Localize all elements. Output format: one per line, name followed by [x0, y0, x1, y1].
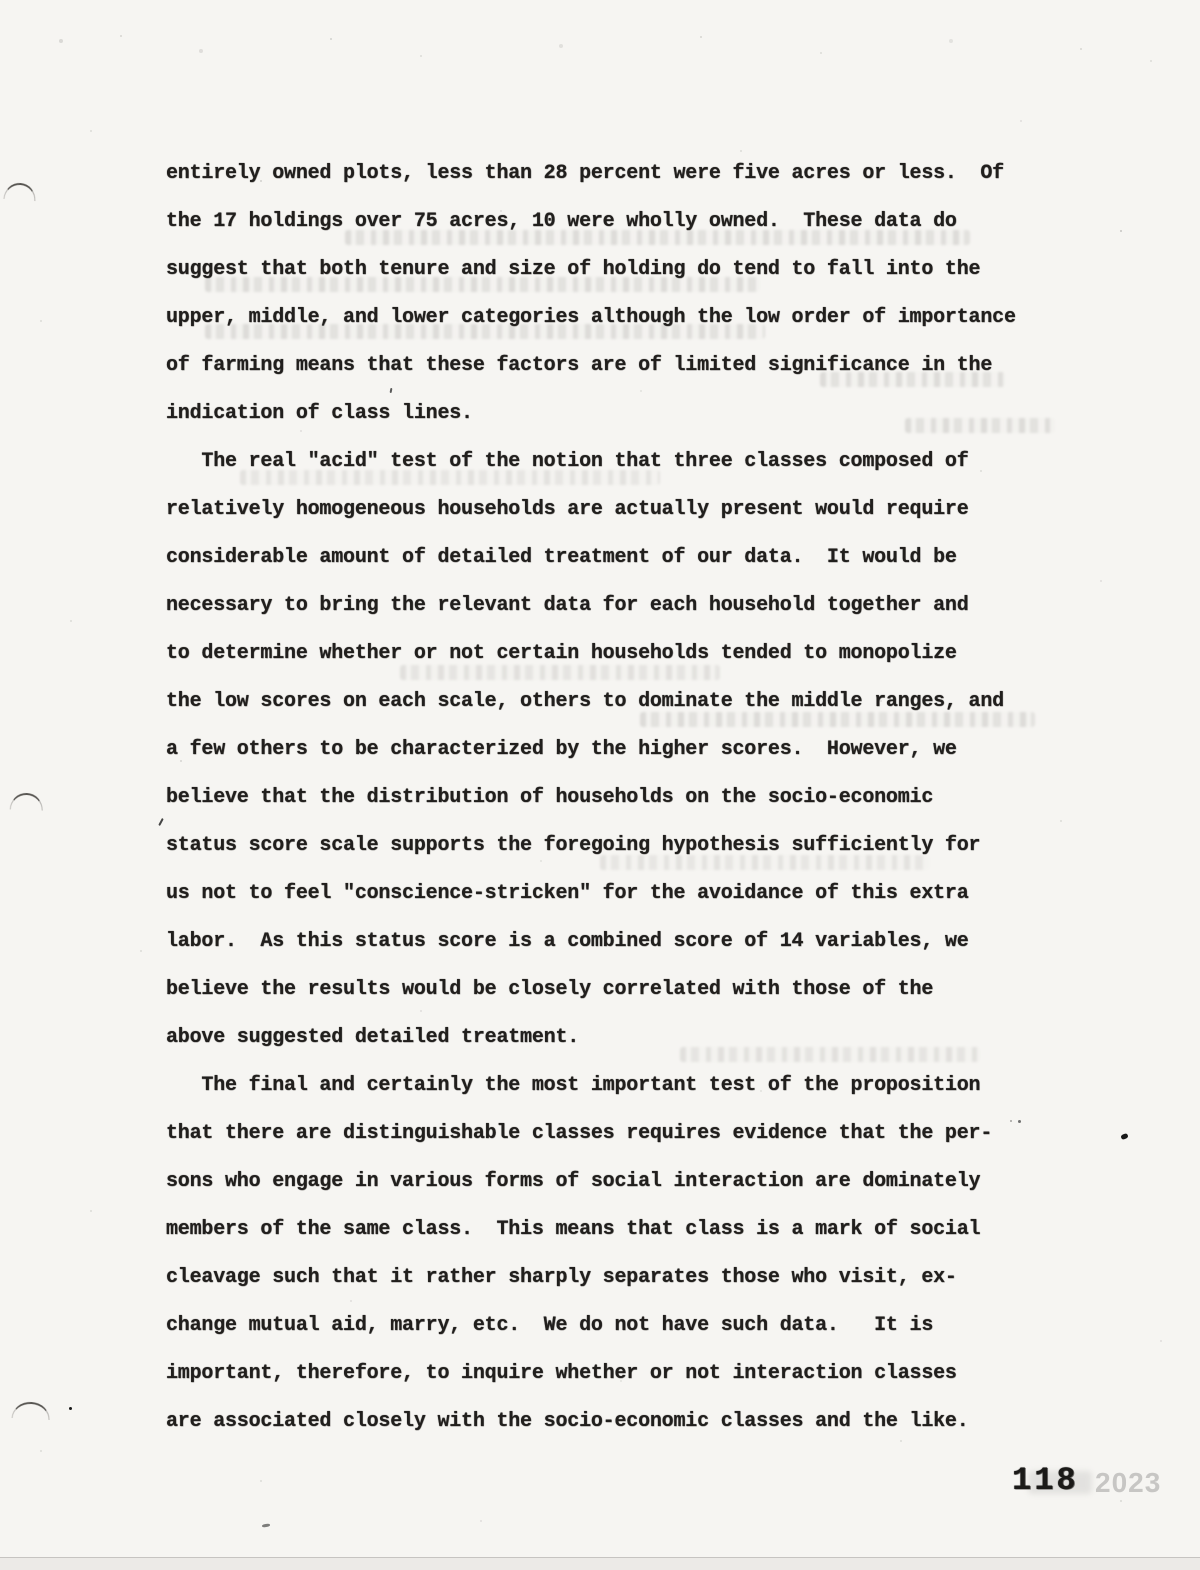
ink-speck — [1120, 1133, 1128, 1140]
text-line: that there are distinguishable classes r… — [166, 1110, 1086, 1158]
text-line: above suggested detailed treatment. — [166, 1014, 1086, 1062]
text-line: the 17 holdings over 75 acres, 10 were w… — [166, 198, 1086, 246]
text-line: The final and certainly the most importa… — [166, 1062, 1086, 1110]
ink-speck — [158, 818, 164, 826]
text-line: change mutual aid, marry, etc. We do not… — [166, 1302, 1086, 1350]
ink-speck — [69, 1407, 72, 1410]
text-line: considerable amount of detailed treatmen… — [166, 534, 1086, 582]
ink-speck — [262, 1523, 270, 1527]
text-line: The real "acid" test of the notion that … — [166, 438, 1086, 486]
margin-arc-mark — [3, 182, 36, 201]
text-line: of farming means that these factors are … — [166, 342, 1086, 390]
text-line: cleavage such that it rather sharply sep… — [166, 1254, 1086, 1302]
typewritten-text: entirely owned plots, less than 28 perce… — [166, 150, 1086, 1446]
scan-edge-band — [0, 1557, 1200, 1570]
text-line: to determine whether or not certain hous… — [166, 630, 1086, 678]
watermark-year: 2023 — [1095, 1467, 1161, 1499]
text-line: status score scale supports the foregoin… — [166, 822, 1086, 870]
text-line: important, therefore, to inquire whether… — [166, 1350, 1086, 1398]
margin-arc-mark — [10, 792, 44, 810]
text-line: a few others to be characterized by the … — [166, 726, 1086, 774]
text-line: are associated closely with the socio-ec… — [166, 1398, 1086, 1446]
ink-speck — [1018, 1120, 1021, 1123]
text-line: the low scores on each scale, others to … — [166, 678, 1086, 726]
text-line: members of the same class. This means th… — [166, 1206, 1086, 1254]
text-line: labor. As this status score is a combine… — [166, 918, 1086, 966]
paper-noise — [0, 0, 2, 2]
scanned-document-page: entirely owned plots, less than 28 perce… — [0, 0, 1200, 1570]
text-line: necessary to bring the relevant data for… — [166, 582, 1086, 630]
text-line: sons who engage in various forms of soci… — [166, 1158, 1086, 1206]
text-line: believe that the distribution of househo… — [166, 774, 1086, 822]
text-line: indication of class lines. — [166, 390, 1086, 438]
page-footer: 118 2023 — [1000, 1458, 1200, 1508]
text-line: relatively homogeneous households are ac… — [166, 486, 1086, 534]
text-line: us not to feel "conscience-stricken" for… — [166, 870, 1086, 918]
text-line: suggest that both tenure and size of hol… — [166, 246, 1086, 294]
text-line: believe the results would be closely cor… — [166, 966, 1086, 1014]
text-line: upper, middle, and lower categories alth… — [166, 294, 1086, 342]
text-line: entirely owned plots, less than 28 perce… — [166, 150, 1086, 198]
margin-arc-mark — [12, 1401, 51, 1420]
page-number: 118 — [1012, 1462, 1079, 1499]
